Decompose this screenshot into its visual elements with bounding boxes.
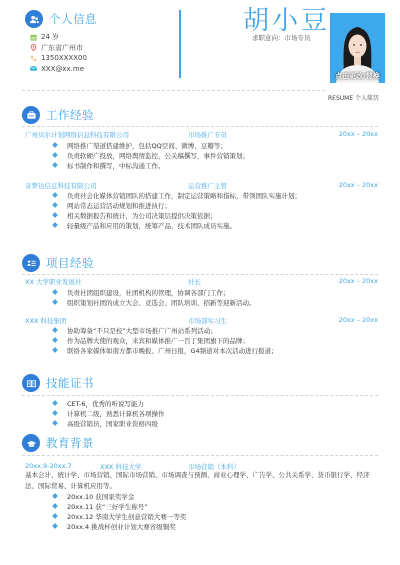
diamond-bullet-icon xyxy=(52,503,57,510)
diamond-bullet-icon xyxy=(52,142,57,149)
diamond-bullet-icon xyxy=(52,420,57,427)
diamond-bullet-icon xyxy=(52,513,57,520)
project-entry-2-bullets: 协助筹备“不只是校”大型市场推广广州站系列活动； 作为品牌大使的观众，来宾和媒体… xyxy=(52,325,378,355)
work-entry-2-header: 奇梦达信息科技有限公司 运营推广主管 20xx – 20xx xyxy=(25,181,378,190)
graduation-cap-icon xyxy=(22,434,40,452)
diamond-bullet-icon xyxy=(52,212,57,219)
bullet-item: 负责社团组织建设，社团机构的管理，协调各部门工作； xyxy=(52,287,378,297)
bullet-item: 负责软硬广投放，网络舆情监控，公关稿撰写，事件营销策划； xyxy=(52,150,378,160)
job-date: 20xx – 20xx xyxy=(318,130,378,139)
candidate-name: 胡小豆 xyxy=(243,0,330,37)
header-divider xyxy=(179,10,181,78)
job-date: 20xx – 20xx xyxy=(318,181,378,190)
profile-photo[interactable]: 点击更改/替换 xyxy=(330,13,385,83)
diamond-bullet-icon xyxy=(52,347,57,354)
courses-text: 基本会计、统计学、市场营销、国际市场营销、市场调查与预测、商业心理学、广告学、公… xyxy=(25,470,378,491)
personal-info-header: 个人信息 xyxy=(25,10,97,28)
bullet-item: 协助筹备“不只是校”大型市场推广广州站系列活动； xyxy=(52,325,378,335)
bullet-item: 20xx.4 挑战杯创业计划大赛省级铜奖 xyxy=(52,521,378,531)
diamond-bullet-icon xyxy=(52,523,57,530)
work-section-title: 工作经验 xyxy=(46,107,94,123)
work-entry-1-header: 广州贝尔计划网络信息科技有限公司 市场推广专员 20xx – 20xx xyxy=(25,130,378,139)
job-position: 运营推广主管 xyxy=(188,181,318,190)
bullet-item: 相关数据报告和统计，为公司决策层提供决策依据； xyxy=(52,210,378,220)
diamond-bullet-icon xyxy=(52,299,57,306)
bullet-item: 作为品牌大使的观众，来宾和媒体推广一百丁集团旗下的品牌； xyxy=(52,335,378,345)
diamond-bullet-icon xyxy=(52,162,57,169)
project-org: XX 大学职业发展社 xyxy=(25,277,188,286)
project-role: 社长 xyxy=(188,277,318,286)
email-text: XXX@xx.me xyxy=(41,65,84,73)
calendar-icon xyxy=(29,33,37,41)
diamond-bullet-icon xyxy=(52,327,57,334)
company-name: 奇梦达信息科技有限公司 xyxy=(25,181,188,190)
project-date: 20xx – 20xx xyxy=(318,277,378,286)
bullet-item: 网站常态运营活动规划和推进执行； xyxy=(52,200,378,210)
diamond-bullet-icon xyxy=(52,400,57,407)
work-entry-2-bullets: 负责社会化媒体营销团队的搭建工作，制定运营策略和指标，带领团队实施计划； 网站常… xyxy=(52,190,378,230)
project-dashed-divider xyxy=(22,274,378,275)
project-list-icon xyxy=(22,254,40,272)
education-dashed-divider xyxy=(22,455,378,456)
skills-dashed-divider xyxy=(22,395,378,396)
age-row: 24 岁 xyxy=(29,32,87,43)
diamond-bullet-icon xyxy=(52,410,57,417)
diamond-bullet-icon xyxy=(52,222,57,229)
skills-section-title: 技能证书 xyxy=(46,375,94,391)
age-text: 24 岁 xyxy=(41,32,59,42)
bullet-item: 高级营销员，国家职业资格四级 xyxy=(52,418,378,428)
diamond-bullet-icon xyxy=(52,152,57,159)
bullet-item: 网络推广渠道搭建维护，包括QQ空间、微博、豆瓣等； xyxy=(52,140,378,150)
job-position: 市场推广专员 xyxy=(188,130,318,139)
diamond-bullet-icon xyxy=(52,202,57,209)
education-section-title: 教育背景 xyxy=(46,435,94,451)
book-icon xyxy=(22,374,40,392)
project-section-title: 项目经验 xyxy=(46,255,94,271)
bullet-item: CET-6，优秀的听说写能力 xyxy=(52,398,378,408)
bullet-item: 联络各家媒体如南方都市晚报、广州日报，G4频道对本次活动进行报道； xyxy=(52,345,378,355)
phone-row: 1350XXXX00 xyxy=(29,53,87,64)
project-role: 市场部实习生 xyxy=(188,316,318,325)
education-section-header: 教育背景 xyxy=(22,434,94,452)
bullet-item: 轻量级产品和应用的策划，统筹产品、技术团队成员实施。 xyxy=(52,220,378,230)
diamond-bullet-icon xyxy=(52,493,57,500)
change-photo-button[interactable]: 点击更改/替换 xyxy=(330,71,385,81)
personal-info-title: 个人信息 xyxy=(49,11,97,27)
skills-section-header: 技能证书 xyxy=(22,374,94,392)
email-icon xyxy=(29,65,37,73)
work-dashed-divider xyxy=(22,126,378,127)
company-name: 广州贝尔计划网络信息科技有限公司 xyxy=(25,130,188,139)
personal-info-list: 24 岁 广东省广州市 1350XXXX00 XXX@xx.me xyxy=(29,32,87,74)
project-date: 20xx – 20xx xyxy=(318,316,378,325)
bullet-item: 20xx.12 华南大学生创意营销大赛一等奖 xyxy=(52,511,378,521)
location-text: 广东省广州市 xyxy=(41,43,83,53)
bullet-item: 20xx.10 获国家奖学金 xyxy=(52,491,378,501)
job-intent: 求职意向：市场专员 xyxy=(252,33,311,42)
email-row: XXX@xx.me xyxy=(29,64,87,75)
bullet-item: 计算机二级，熟悉计算机各项操作 xyxy=(52,408,378,418)
project-entry-1-bullets: 负责社团组织建设，社团机构的管理，协调各部门工作； 组织策划社团的成立大会、竞选… xyxy=(52,287,378,307)
phone-text: 1350XXXX00 xyxy=(41,54,87,62)
diamond-bullet-icon xyxy=(52,289,57,296)
project-org: XXX 科技集团 xyxy=(25,316,188,325)
bullet-item: 20xx.11 获“三好学生称号” xyxy=(52,501,378,511)
resume-tag: RESUME 个人简历 xyxy=(328,93,379,102)
diamond-bullet-icon xyxy=(52,337,57,344)
bullet-item: 组织策划社团的成立大会、竞选会、团队培训、招新等迎新活动。 xyxy=(52,297,378,307)
skills-bullets: CET-6，优秀的听说写能力 计算机二级，熟悉计算机各项操作 高级营销员，国家职… xyxy=(52,398,378,428)
briefcase-icon xyxy=(22,106,40,124)
diamond-bullet-icon xyxy=(52,192,57,199)
project-entry-2-header: XXX 科技集团 市场部实习生 20xx – 20xx xyxy=(25,316,378,325)
bullet-item: 标书制作和撰写，中标沟通工作。 xyxy=(52,160,378,170)
bullet-item: 负责社会化媒体营销团队的搭建工作，制定运营策略和指标，带领团队实施计划； xyxy=(52,190,378,200)
education-bullets: 20xx.10 获国家奖学金 20xx.11 获“三好学生称号” 20xx.12… xyxy=(52,491,378,531)
header-dashed-divider xyxy=(22,90,325,91)
work-section-header: 工作经验 xyxy=(22,106,94,124)
user-group-icon xyxy=(25,10,43,28)
work-entry-1-bullets: 网络推广渠道搭建维护，包括QQ空间、微博、豆瓣等； 负责软硬广投放，网络舆情监控… xyxy=(52,140,378,170)
project-section-header: 项目经验 xyxy=(22,254,94,272)
location-icon xyxy=(29,44,37,52)
project-entry-1-header: XX 大学职业发展社 社长 20xx – 20xx xyxy=(25,277,378,286)
location-row: 广东省广州市 xyxy=(29,43,87,54)
phone-icon xyxy=(29,54,37,62)
